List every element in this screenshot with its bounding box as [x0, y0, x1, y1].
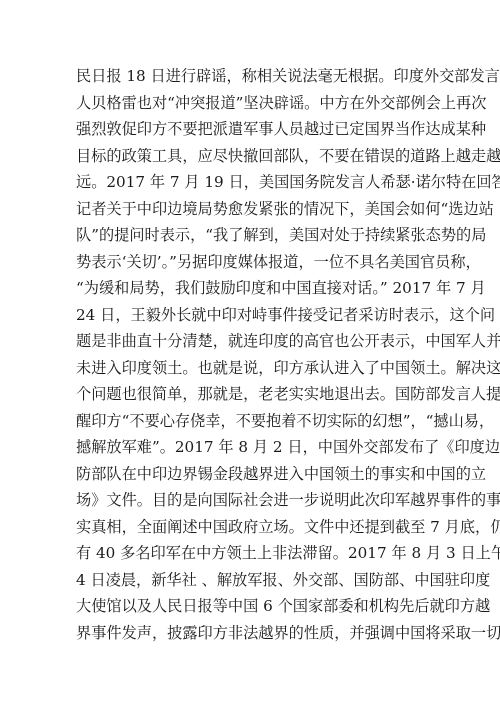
document-page: 民日报 18 日进行辟谣，称相关说法毫无根据。印度外交部发言 人贝格雷也对“冲突… [0, 0, 500, 707]
text-line: 防部队在中印边界锡金段越界进入中国领土的事实和中国的立 [76, 461, 426, 488]
text-line: 题是非曲直十分清楚，就连印度的高官也公开表示，中国军人并 [76, 328, 426, 355]
text-line: “为缓和局势，我们鼓励印度和中国直接对话。” 2017 年 7 月 [76, 275, 426, 302]
body-text: 民日报 18 日进行辟谣，称相关说法毫无根据。印度外交部发言 人贝格雷也对“冲突… [76, 63, 426, 646]
text-line: 人贝格雷也对“冲突报道”坚决辟谣。中方在外交部例会上再次 [76, 90, 426, 117]
text-line: 实真相，全面阐述中国政府立场。文件中还提到截至 7 月底，仍 [76, 514, 426, 541]
text-line: 24 日，王毅外长就中印对峙事件接受记者采访时表示，这个问 [76, 302, 426, 329]
text-line: 4 日凌晨，新华社 、解放军报、外交部、国防部、中国驻印度 [76, 567, 426, 594]
text-line: 有 40 多名印军在中方领土上非法滞留。2017 年 8 月 3 日上午至 [76, 540, 426, 567]
text-line: 撼解放军难”。2017 年 8 月 2 日，中国外交部发布了《印度边 [76, 434, 426, 461]
text-line: 目标的政策工具，应尽快撤回部队，不要在错误的道路上越走越 [76, 143, 426, 170]
text-line: 强烈敦促印方不要把派遣军事人员越过已定国界当作达成某种 [76, 116, 426, 143]
text-line: 界事件发声，披露印方非法越界的性质，并强调中国将采取一切 [76, 620, 426, 647]
text-line: 队”的提问时表示，“我了解到，美国对处于持续紧张态势的局 [76, 222, 426, 249]
text-line: 势表示‘关切’。”另据印度媒体报道，一位不具名美国官员称， [76, 249, 426, 276]
text-line: 醒印方“不要心存侥幸，不要抱着不切实际的幻想”，“撼山易， [76, 408, 426, 435]
text-line: 大使馆以及人民日报等中国 6 个国家部委和机构先后就印方越 [76, 593, 426, 620]
text-line: 场》文件。目的是向国际社会进一步说明此次印军越界事件的事 [76, 487, 426, 514]
text-line: 记者关于中印边境局势愈发紧张的情况下，美国会如何“选边站 [76, 196, 426, 223]
text-line: 未进入印度领土。也就是说，印方承认进入了中国领土。解决这 [76, 355, 426, 382]
text-line: 民日报 18 日进行辟谣，称相关说法毫无根据。印度外交部发言 [76, 63, 426, 90]
text-line: 远。2017 年 7 月 19 日，美国国务院发言人希瑟·诺尔特在回答 [76, 169, 426, 196]
text-line: 个问题也很简单，那就是，老老实实地退出去。国防部发言人提 [76, 381, 426, 408]
